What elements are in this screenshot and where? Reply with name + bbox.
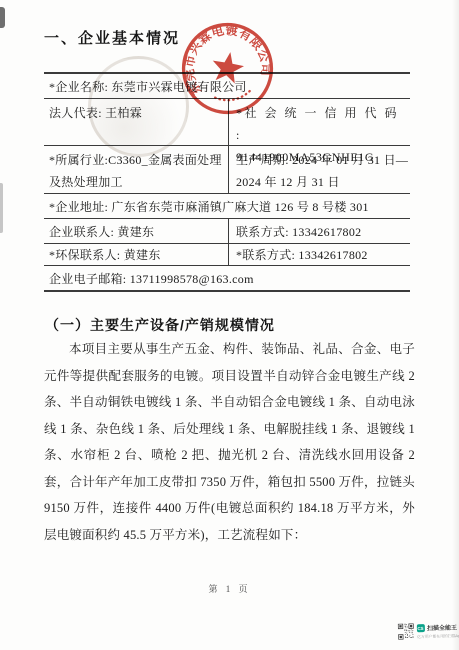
stamp-star-icon: [210, 49, 246, 84]
legal-rep-text: 法人代表: 王柏霖: [49, 103, 142, 125]
stamp-dotted-arc: [215, 90, 252, 103]
svg-text:东莞市兴霖电镀有限公司: 东莞市兴霖电镀有限公司: [173, 14, 277, 99]
contact-phone-text: 联系方式: 13342617802: [236, 223, 361, 240]
table-row-env-contact: *环保联系人: 黄建东 *联系方式: 13342617802: [44, 244, 410, 266]
table-row-contact: 企业联系人: 黄建东 联系方式: 13342617802: [44, 219, 410, 244]
company-seal-stamp: 东莞市兴霖电镀有限公司: [171, 12, 284, 125]
email-cell: 企业电子邮箱: 13711998578@163.com: [49, 270, 254, 287]
stamp-company-text: 东莞市兴霖电镀有限公司: [173, 14, 277, 99]
document-title: 一、企业基本情况: [44, 27, 180, 48]
production-period-cell: 生产周期: 2024 年 01 月 31 日—2024 年 12 月 31 日: [229, 146, 410, 193]
page-number: 第 1 页: [0, 582, 459, 595]
industry-cell: *所属行业:C3360_金属表面处理及热处理加工: [44, 146, 229, 193]
scan-edge-artifact: [0, 7, 5, 28]
camscanner-logo-text: CS: [418, 626, 424, 631]
table-row-industry: *所属行业:C3360_金属表面处理及热处理加工 生产周期: 2024 年 01…: [44, 146, 410, 194]
address-cell: *企业地址: 广东省东莞市麻涌镇广麻大道 126 号 8 号楼 301: [49, 198, 369, 215]
contact-person-text: 企业联系人: 黄建东: [49, 223, 154, 240]
industry-text: *所属行业:C3360_金属表面处理及热处理加工: [49, 150, 228, 193]
contact-person-cell: 企业联系人: 黄建东: [44, 219, 229, 243]
section-heading: （一）主要生产设备/产销规模情况: [45, 315, 275, 335]
body-paragraph: 本项目主要从事生产五金、构件、装饰品、礼品、合金、电子元件等提供配套服务的电镀。…: [44, 336, 415, 548]
camscanner-watermark: CS 扫描全能王 亿万用户都在用的扫描App: [398, 617, 457, 647]
env-contact-person-text: *环保联系人: 黄建东: [49, 246, 161, 263]
scanned-document-page: 一、企业基本情况 *企业名称: 东莞市兴霖电镀有限公司 法人代表: 王柏霖 *社…: [0, 0, 459, 650]
env-contact-phone-cell: *联系方式: 13342617802: [229, 244, 410, 265]
production-period-text: 生产周期: 2024 年 01 月 31 日—2024 年 12 月 31 日: [236, 150, 410, 193]
qr-code-icon: [398, 623, 414, 639]
env-contact-phone-text: *联系方式: 13342617802: [236, 246, 368, 263]
table-row-email: 企业电子邮箱: 13711998578@163.com: [44, 266, 410, 290]
env-contact-person-cell: *环保联系人: 黄建东: [44, 244, 229, 265]
camscanner-app-name: 扫描全能王: [427, 622, 457, 632]
camscanner-tagline: 亿万用户都在用的扫描App: [417, 633, 459, 639]
table-row-address: *企业地址: 广东省东莞市麻涌镇广麻大道 126 号 8 号楼 301: [44, 194, 410, 219]
scan-edge-artifact: [0, 183, 3, 233]
contact-phone-cell: 联系方式: 13342617802: [229, 219, 410, 243]
camscanner-logo-icon: CS: [417, 624, 425, 632]
